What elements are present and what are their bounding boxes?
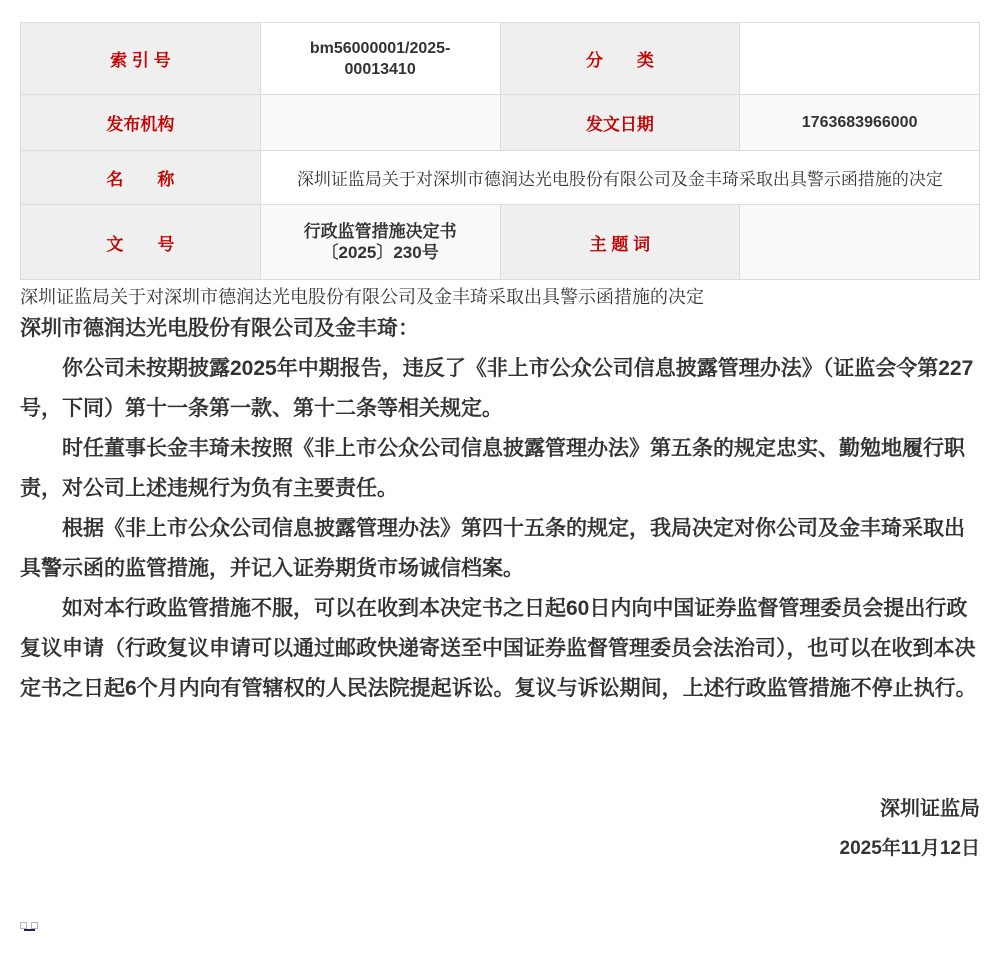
broken-image-square-right [31,922,38,929]
document-number-value: 行政监管措施决定书〔2025〕230号 [260,205,500,280]
index-number-label: 索 引 号 [21,23,261,95]
paragraph-appeal-rights: 如对本行政监管措施不服，可以在收到本决定书之日起60日内向中国证券监督管理委员会… [20,589,980,709]
document-number-label: 文 号 [21,205,261,280]
paragraph-violation: 你公司未按期披露2025年中期报告，违反了《非上市公众公司信息披露管理办法》（证… [20,349,980,429]
subject-words-value [740,205,980,280]
signature-authority: 深圳证监局 [20,789,980,829]
paragraph-decision: 根据《非上市公众公司信息披露管理办法》第四十五条的规定，我局决定对你公司及金丰琦… [20,509,980,589]
name-value: 深圳证监局关于对深圳市德润达光电股份有限公司及金丰琦采取出具警示函措施的决定 [260,151,979,205]
issue-date-label: 发文日期 [500,95,740,151]
signature-date: 2025年11月12日 [20,829,980,869]
document-meta-table: 索 引 号 bm56000001/2025-00013410 分 类 发布机构 … [20,22,980,280]
salutation-line: 深圳市德润达光电股份有限公司及金丰琦： [20,309,980,349]
document-title: 深圳证监局关于对深圳市德润达光电股份有限公司及金丰琦采取出具警示函措施的决定 [20,285,980,309]
table-row: 发布机构 发文日期 1763683966000 [21,95,980,151]
signature-block: 深圳证监局 2025年11月12日 [20,789,980,869]
issuing-agency-value [260,95,500,151]
paragraph-responsibility: 时任董事长金丰琦未按照《非上市公众公司信息披露管理办法》第五条的规定忠实、勤勉地… [20,429,980,509]
broken-image-icon [20,921,39,932]
name-label: 名 称 [21,151,261,205]
issue-date-value: 1763683966000 [740,95,980,151]
document-page: 索 引 号 bm56000001/2025-00013410 分 类 发布机构 … [0,0,1000,956]
index-number-value: bm56000001/2025-00013410 [260,23,500,95]
table-row: 名 称 深圳证监局关于对深圳市德润达光电股份有限公司及金丰琦采取出具警示函措施的… [21,151,980,205]
category-label: 分 类 [500,23,740,95]
subject-words-label: 主 题 词 [500,205,740,280]
table-row: 文 号 行政监管措施决定书〔2025〕230号 主 题 词 [21,205,980,280]
table-row: 索 引 号 bm56000001/2025-00013410 分 类 [21,23,980,95]
broken-image-square-left [20,922,27,929]
broken-image-underline [24,929,35,931]
issuing-agency-label: 发布机构 [21,95,261,151]
category-value [740,23,980,95]
document-body: 深圳市德润达光电股份有限公司及金丰琦： 你公司未按期披露2025年中期报告，违反… [20,309,980,869]
